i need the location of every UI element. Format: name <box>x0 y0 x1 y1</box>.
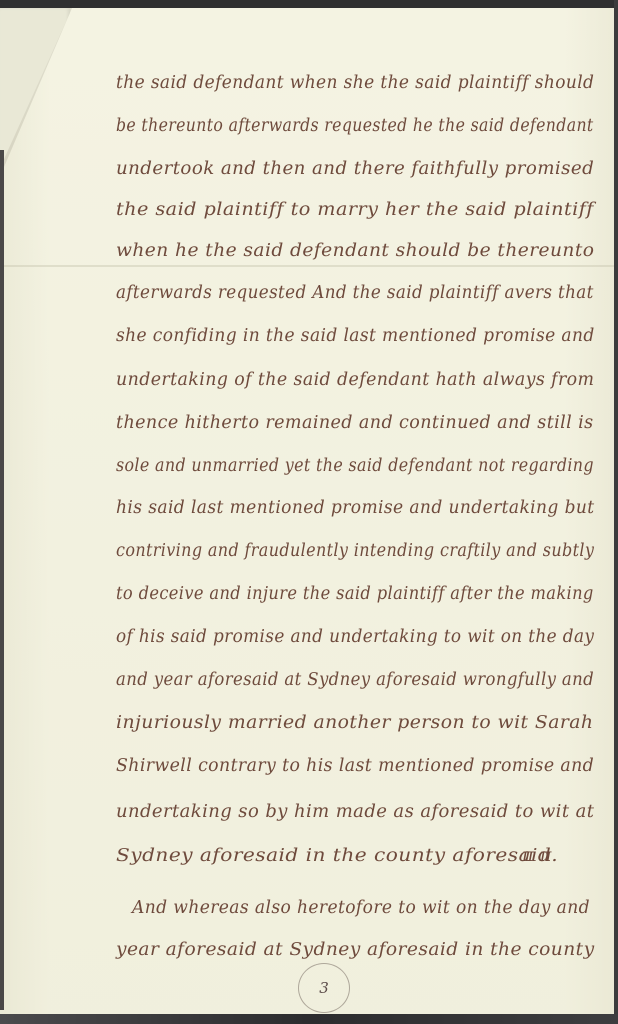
text-line: of his said promise and undertaking to w… <box>116 627 594 647</box>
page-number: 3 <box>319 979 329 997</box>
text-line: be thereunto afterwards requested he the… <box>116 116 594 136</box>
text-line: undertook and then and there faithfully … <box>116 159 594 179</box>
line-end-flourish: π π <box>522 846 552 866</box>
text-line: the said plaintiff to marry her the said… <box>116 200 594 220</box>
text-line: she confiding in the said last mentioned… <box>116 326 595 346</box>
text-line: year aforesaid at Sydney aforesaid in th… <box>116 940 595 960</box>
text-line: Shirwell contrary to his last mentioned … <box>116 756 594 776</box>
text-line: sole and unmarried yet the said defendan… <box>116 456 594 476</box>
text-line: the said defendant when she the said pla… <box>116 73 594 93</box>
text-line: and year aforesaid at Sydney aforesaid w… <box>116 670 594 690</box>
text-line: undertaking of the said defendant hath a… <box>116 370 594 390</box>
text-line: afterwards requested And the said plaint… <box>116 283 594 303</box>
text-line: injuriously married another person to wi… <box>116 713 593 733</box>
text-line: when he the said defendant should be the… <box>116 241 594 261</box>
text-line: Sydney aforesaid in the county aforesaid… <box>116 846 558 866</box>
text-line: contriving and fraudulently intending cr… <box>116 541 594 561</box>
text-line: his said last mentioned promise and unde… <box>116 498 595 518</box>
text-line: undertaking so by him made as aforesaid … <box>116 802 594 822</box>
text-line: And whereas also heretofore to wit on th… <box>132 898 590 918</box>
text-line: to deceive and injure the said plaintiff… <box>116 584 594 604</box>
handwritten-text: the said defendant when she the said pla… <box>0 0 618 1024</box>
text-line: thence hitherto remained and continued a… <box>116 413 594 433</box>
document-scan: the said defendant when she the said pla… <box>0 0 618 1024</box>
page-number-circle: 3 <box>298 963 350 1013</box>
